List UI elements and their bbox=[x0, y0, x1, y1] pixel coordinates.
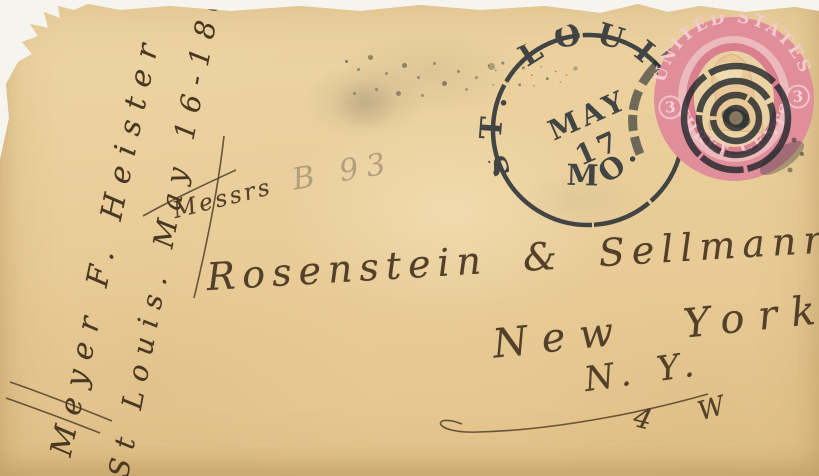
flourish-mark: 4 bbox=[630, 400, 655, 436]
address-recipient: Rosenstein & Sellmann bbox=[205, 217, 819, 299]
target-cancel-icon bbox=[662, 40, 818, 196]
cancel-speck bbox=[792, 138, 797, 143]
pencil-notation: B 93 bbox=[290, 145, 396, 197]
paper-stain bbox=[330, 78, 400, 130]
underline-flourish bbox=[441, 394, 708, 432]
flourish-mark: W bbox=[694, 391, 728, 427]
cancel-speck bbox=[788, 168, 793, 173]
envelope: ST. LOUIS MO. MAY 17 UNITED STATES bbox=[0, 0, 819, 476]
ink-speckle-smudge bbox=[345, 60, 348, 63]
cancel-speck bbox=[800, 152, 804, 156]
scan-background: ST. LOUIS MO. MAY 17 UNITED STATES bbox=[0, 0, 819, 476]
